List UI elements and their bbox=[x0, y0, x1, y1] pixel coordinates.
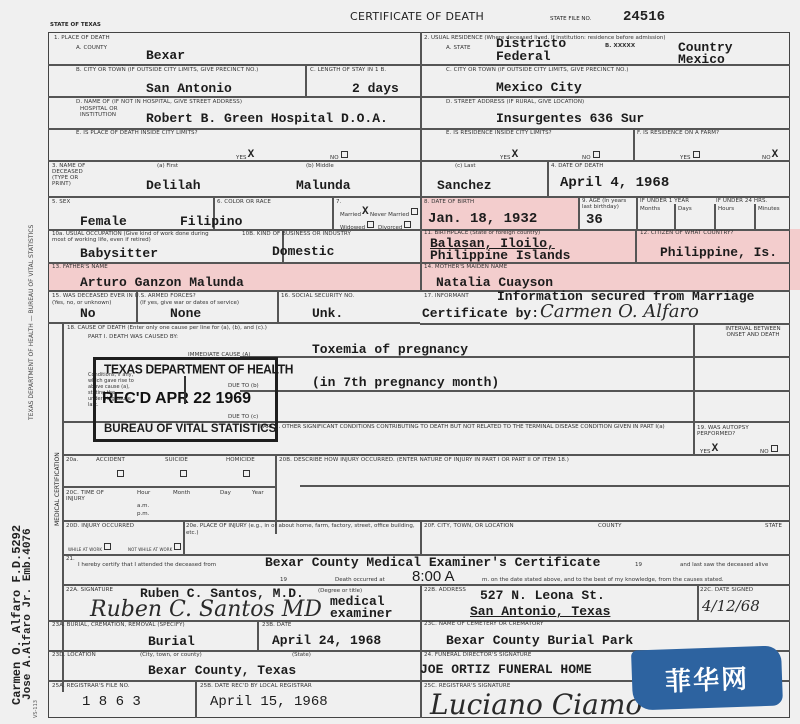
injury-description-label: 20b. DESCRIBE HOW INJURY OCCURRED. (Ente… bbox=[279, 457, 569, 463]
informant-label: 17. INFORMANT bbox=[424, 293, 469, 299]
name-of-deceased-label: 3. NAME OF DECEASED (Type or print) bbox=[52, 163, 92, 187]
disposition: Burial bbox=[148, 634, 195, 649]
last-name: Sanchez bbox=[437, 178, 492, 193]
state-file-no: 24516 bbox=[623, 9, 665, 25]
residence-inside-city-no[interactable]: NO bbox=[582, 146, 600, 164]
cause-line-a: Toxemia of pregnancy bbox=[312, 342, 468, 357]
signature-label: 22a. SIGNATURE bbox=[66, 587, 113, 593]
middle-name: Malunda bbox=[296, 178, 351, 193]
address-line-1: 527 N. Leona St. bbox=[480, 588, 605, 603]
inside-city-limits-label: e. IS PLACE OF DEATH INSIDE CITY LIMITS? bbox=[76, 130, 198, 136]
funeral-director-label: 24. FUNERAL DIRECTOR'S SIGNATURE bbox=[424, 652, 531, 658]
place-of-death-label: 1. PLACE OF DEATH bbox=[54, 35, 110, 41]
under-1-year-label: IF UNDER 1 YEAR bbox=[640, 198, 689, 204]
street-address-label: d. STREET ADDRESS (If rural, give locati… bbox=[446, 99, 584, 105]
time-of-death: 8:00 A bbox=[412, 568, 455, 585]
homicide-label: HOMICIDE bbox=[226, 457, 255, 463]
checkbox[interactable] bbox=[174, 543, 181, 550]
address-line-2: San Antonio, Texas bbox=[470, 604, 610, 619]
title-line-2: examiner bbox=[330, 606, 392, 621]
mother-name: Natalia Cuayson bbox=[436, 275, 553, 290]
ssn: Unk. bbox=[312, 306, 343, 321]
first-name-label: (a) First bbox=[157, 163, 178, 169]
nineteen-label-2: 19 bbox=[280, 577, 287, 583]
informant-line-2: Certificate by: bbox=[422, 306, 539, 321]
checkbox-checked[interactable]: X bbox=[512, 149, 519, 161]
under-24-hrs-label: IF UNDER 24 HRS. bbox=[716, 198, 768, 204]
state-file-no-label: STATE FILE NO. bbox=[550, 16, 591, 22]
sex: Female bbox=[80, 214, 127, 229]
registrar-signature: Luciano Ciamo bbox=[430, 688, 642, 721]
occupation-label: 10a. USUAL OCCUPATION (Give kind of work… bbox=[52, 231, 212, 243]
hospital-name: Robert B. Green Hospital D.O.A. bbox=[146, 111, 388, 126]
business-label: 10b. KIND OF BUSINESS OR INDUSTRY bbox=[242, 231, 351, 237]
accident-checkbox[interactable] bbox=[117, 470, 124, 477]
death-city: San Antonio bbox=[146, 81, 232, 96]
form-code: VS-113 bbox=[33, 700, 39, 718]
armed-forces: No bbox=[80, 306, 96, 321]
attended-text: I hereby certify that I attended the dec… bbox=[78, 562, 216, 568]
checkbox[interactable] bbox=[771, 445, 778, 452]
location-label: 23d. LOCATION bbox=[52, 652, 96, 658]
burial-location: Bexar County, Texas bbox=[148, 663, 296, 678]
last-saw-text: and last saw the deceased alive bbox=[680, 562, 768, 568]
time-of-injury-label: 20c. TIME OF INJURY bbox=[66, 490, 104, 502]
year-label: Year bbox=[252, 490, 264, 496]
checkbox-checked[interactable]: X bbox=[712, 443, 719, 455]
autopsy-no[interactable]: NO bbox=[760, 440, 778, 458]
mother-name-label: 14. MOTHER'S MAIDEN NAME bbox=[424, 264, 507, 270]
stamp-department: TEXAS DEPARTMENT OF HEALTH bbox=[104, 361, 293, 376]
cause-line-b: (in 7th pregnancy month) bbox=[312, 375, 499, 390]
days-label: Days bbox=[678, 206, 692, 212]
business: Domestic bbox=[272, 244, 334, 259]
address-label: 22b. ADDRESS bbox=[424, 587, 466, 593]
city-sub-label: (City, town, or county) bbox=[140, 652, 202, 658]
suicide-checkbox[interactable] bbox=[180, 470, 187, 477]
residence-state-label: a. STATE bbox=[446, 45, 471, 51]
suicide-label: SUICIDE bbox=[165, 457, 188, 463]
death-inside-city-yes[interactable]: YESX bbox=[236, 146, 254, 164]
autopsy-yes[interactable]: YESX bbox=[700, 440, 718, 458]
date-signed-label: 22c. DATE SIGNED bbox=[700, 587, 753, 593]
war-service: None bbox=[170, 306, 201, 321]
date-of-birth: Jan. 18, 1932 bbox=[428, 211, 537, 227]
death-city-label: b. CITY OR TOWN (If outside city limits,… bbox=[76, 67, 258, 73]
race: Filipino bbox=[180, 214, 242, 229]
street-address: Insurgentes 636 Sur bbox=[496, 111, 644, 126]
hours-label: Hours bbox=[718, 206, 734, 212]
stamp-bureau: BUREAU OF VITAL STATISTICS bbox=[104, 423, 276, 435]
registrar-file-no: 1 8 6 3 bbox=[82, 694, 141, 710]
checkbox[interactable] bbox=[341, 151, 348, 158]
burial-date: April 24, 1968 bbox=[272, 633, 381, 648]
knowledge-text: m. on the date stated above, and to the … bbox=[482, 577, 787, 583]
date-of-birth-label: 8. DATE OF BIRTH bbox=[424, 199, 474, 205]
hospital-label-3: INSTITUTION bbox=[80, 112, 116, 118]
marital-divorced[interactable]: Divorced bbox=[378, 216, 411, 234]
age: 36 bbox=[586, 212, 603, 228]
watermark-text: 菲华网 bbox=[664, 658, 749, 698]
injury-county-label: COUNTY bbox=[598, 523, 622, 529]
length-of-stay-label: c. LENGTH OF STAY in 1 b. bbox=[310, 67, 386, 73]
department-side-text: TEXAS DEPARTMENT OF HEALTH — BUREAU OF V… bbox=[28, 225, 35, 420]
checkbox[interactable] bbox=[693, 151, 700, 158]
length-of-stay: 2 days bbox=[352, 81, 399, 96]
minutes-label: Minutes bbox=[758, 206, 780, 212]
residence-state-2: Federal bbox=[496, 49, 551, 64]
registrar-date-label: 25b. DATE REC'D BY LOCAL REGISTRAR bbox=[200, 683, 312, 689]
state-sub-label: (State) bbox=[292, 652, 311, 658]
handwritten-embalmer: Jose A.Alfaro Jr. Emb.4076 bbox=[22, 528, 34, 700]
residence-country-2: Mexico bbox=[678, 52, 725, 67]
death-county: Bexar bbox=[146, 48, 185, 63]
watermark-logo: 菲华网 bbox=[631, 645, 783, 710]
date-of-death-label: 4. DATE OF DEATH bbox=[551, 163, 603, 169]
date-signed: 4/12/68 bbox=[702, 597, 760, 615]
residence-inside-city-label: e. IS RESIDENCE INSIDE CITY LIMITS? bbox=[446, 130, 552, 136]
death-occurred-label: Death occurred at bbox=[335, 577, 385, 583]
day-label: Day bbox=[220, 490, 231, 496]
cemetery-label: 23c. NAME OF CEMETERY OR CREMATORY bbox=[424, 621, 543, 627]
not-while-at-work[interactable]: NOT WHILE AT WORK bbox=[128, 538, 181, 556]
residence-farm-yes[interactable]: YES bbox=[680, 146, 700, 164]
autopsy-label: 19. WAS AUTOPSY PERFORMED? bbox=[697, 425, 787, 437]
homicide-checkbox[interactable] bbox=[243, 470, 250, 477]
hour-label: Hour bbox=[137, 490, 150, 496]
registrar-file-label: 25a. REGISTRAR'S FILE NO. bbox=[52, 683, 130, 689]
race-label: 6. COLOR OR RACE bbox=[217, 199, 271, 205]
checkbox[interactable] bbox=[104, 543, 111, 550]
residence-farm-label: f. IS RESIDENCE ON A FARM? bbox=[637, 130, 719, 136]
first-name: Delilah bbox=[146, 178, 201, 193]
physician-signature: Ruben C. Santos MD bbox=[90, 597, 322, 622]
checkbox[interactable] bbox=[367, 221, 374, 228]
cemetery: Bexar County Burial Park bbox=[446, 633, 633, 648]
injury-type-label: 20a. bbox=[66, 457, 78, 463]
place-of-injury-label: 20e. PLACE OF INJURY (e.g., in or about … bbox=[186, 523, 416, 537]
occupation: Babysitter bbox=[80, 246, 158, 261]
injury-city-label: 20f. CITY, TOWN, OR LOCATION bbox=[424, 523, 514, 529]
hospital-label: d. NAME OF (If not in hospital, give str… bbox=[76, 99, 242, 105]
disposition-label: 23a. BURIAL, CREMATION, REMOVAL (Specify… bbox=[52, 622, 185, 628]
while-at-work[interactable]: WHILE AT WORK bbox=[68, 538, 111, 556]
cause-of-death-label: 18. CAUSE OF DEATH (Enter only one cause… bbox=[67, 325, 267, 331]
certificate-title: CERTIFICATE OF DEATH bbox=[350, 10, 484, 23]
month-label: Month bbox=[173, 490, 190, 496]
part-2-label: PART II. OTHER SIGNIFICANT CONDITIONS CO… bbox=[260, 424, 690, 430]
registrar-date: April 15, 1968 bbox=[210, 694, 328, 710]
checkbox[interactable] bbox=[593, 151, 600, 158]
sex-label: 5. SEX bbox=[52, 199, 70, 205]
middle-name-label: (b) Middle bbox=[306, 163, 334, 169]
pm-label: p.m. bbox=[137, 511, 149, 517]
part-1-label: PART I. DEATH WAS CAUSED BY: bbox=[88, 334, 178, 340]
residence-farm-no[interactable]: NOX bbox=[762, 146, 778, 164]
ssn-label: 16. SOCIAL SECURITY NO. bbox=[281, 293, 354, 299]
received-stamp: TEXAS DEPARTMENT OF HEALTH REC'D APR 22 … bbox=[93, 357, 278, 442]
residence-county-label: b. XXXXX bbox=[605, 43, 635, 49]
am-label: a.m. bbox=[137, 503, 149, 509]
injury-occurred-label: 20d. INJURY OCCURRED bbox=[66, 523, 134, 529]
last-name-label: (c) Last bbox=[455, 163, 476, 169]
interval-label: INTERVAL BETWEEN ONSET AND DEATH bbox=[718, 326, 788, 338]
father-name-label: 13. FATHER'S NAME bbox=[52, 264, 108, 270]
residence-city-label: c. CITY OR TOWN (If outside city limits,… bbox=[446, 67, 628, 73]
nineteen-label: 19 bbox=[635, 562, 642, 568]
item-21-label: 21. bbox=[66, 556, 75, 562]
date-of-death: April 4, 1968 bbox=[560, 175, 669, 191]
stamp-received-date: REC'D APR 22 1969 bbox=[102, 390, 251, 408]
death-inside-city-no[interactable]: NO bbox=[330, 146, 348, 164]
checkbox-checked[interactable]: X bbox=[248, 149, 255, 161]
birthplace-line-2: Philippine Islands bbox=[430, 248, 570, 263]
informant-signature: Carmen O. Alfaro bbox=[540, 301, 699, 322]
burial-date-label: 23b. DATE bbox=[262, 622, 291, 628]
armed-forces-label: 15. WAS DECEASED EVER IN U.S. ARMED FORC… bbox=[52, 293, 196, 299]
injury-state-label: STATE bbox=[765, 523, 782, 529]
county-label: a. COUNTY bbox=[76, 45, 107, 51]
citizenship: Philippine, Is. bbox=[660, 245, 777, 260]
funeral-director: JOE ORTIZ FUNERAL HOME bbox=[420, 662, 592, 677]
citizen-label: 12. CITIZEN OF WHAT COUNTRY? bbox=[640, 230, 734, 236]
checkbox-checked[interactable]: X bbox=[772, 149, 779, 161]
residence-inside-city-yes[interactable]: YESX bbox=[500, 146, 518, 164]
checkbox[interactable] bbox=[411, 208, 418, 215]
father-name: Arturo Ganzon Malunda bbox=[80, 275, 244, 290]
months-label: Months bbox=[640, 206, 660, 212]
accident-label: ACCIDENT bbox=[96, 457, 125, 463]
state-label: STATE OF TEXAS bbox=[50, 22, 101, 28]
checkbox[interactable] bbox=[404, 221, 411, 228]
age-label: 9. AGE (In years last birthday) bbox=[582, 198, 634, 210]
residence-city: Mexico City bbox=[496, 80, 582, 95]
